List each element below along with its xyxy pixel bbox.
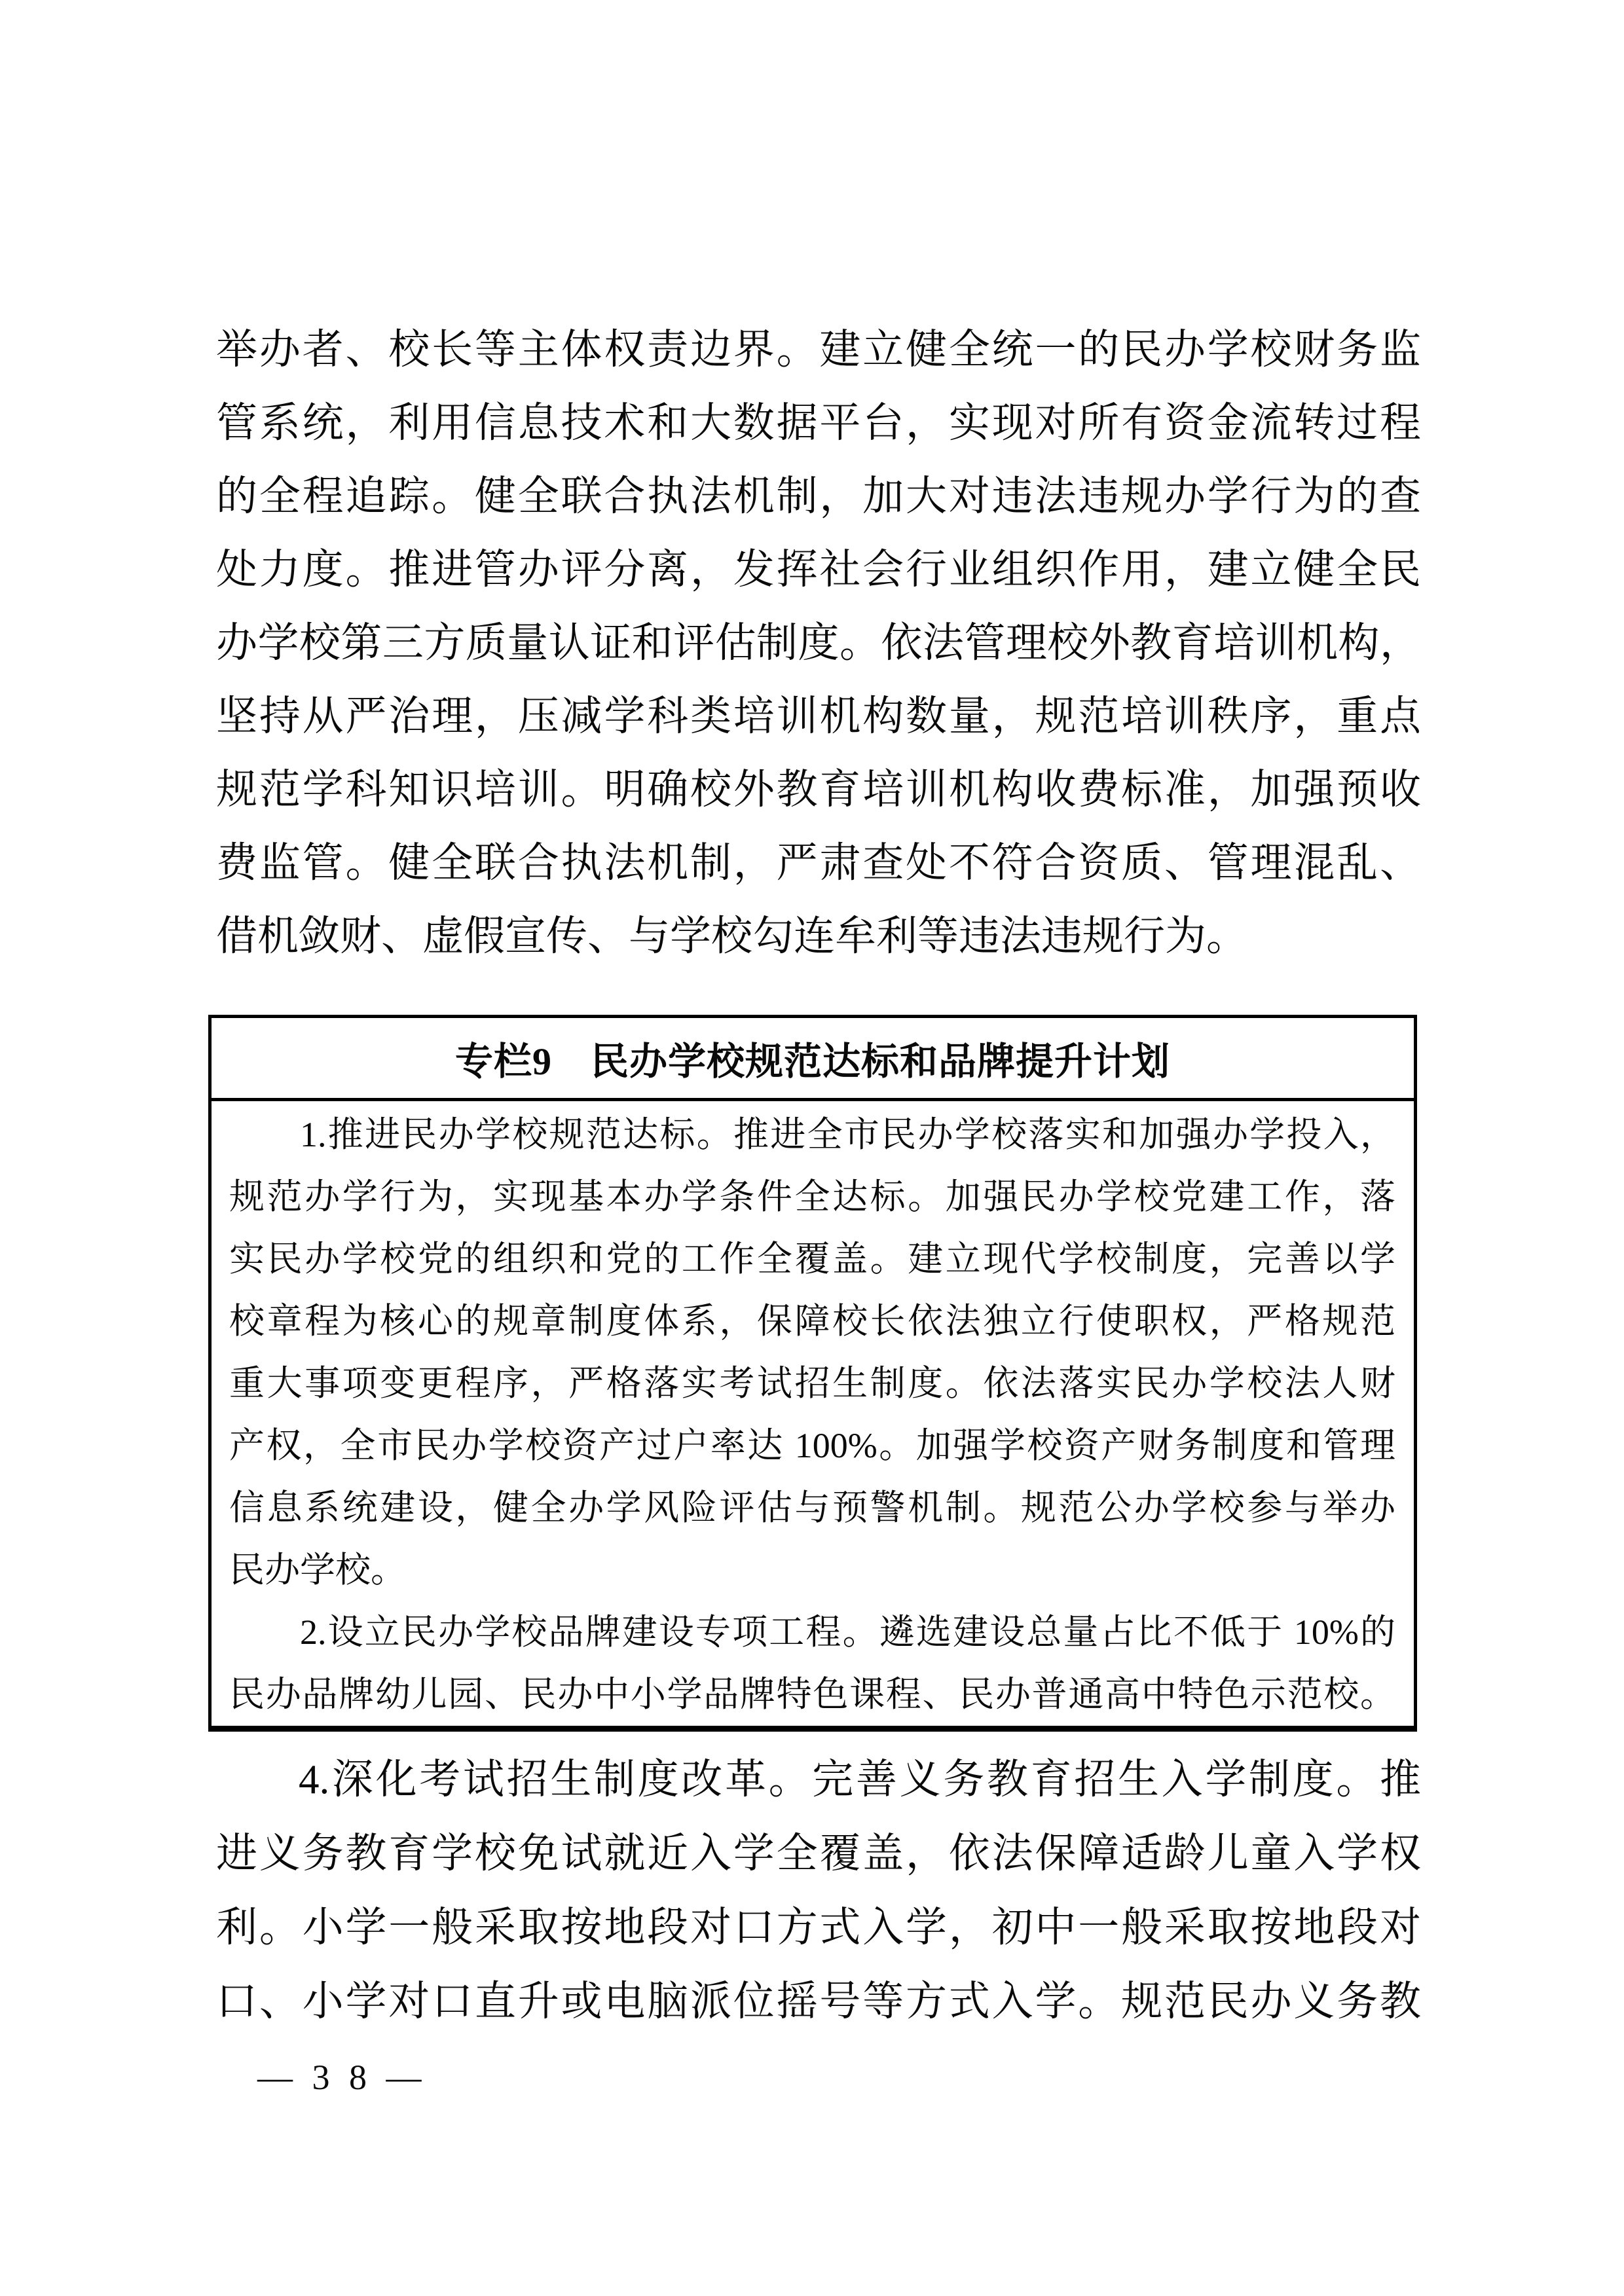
- document-page: { "page": { "number_label": "— 3 8 —" },…: [0, 0, 1624, 2296]
- text-line: 口、小学对口直升或电脑派位摇号等方式入学。规范民办义务教: [216, 1965, 1421, 2039]
- page-number: — 3 8 —: [257, 2057, 427, 2098]
- text-line: 重大事项变更程序，严格落实考试招生制度。依法落实民办学校法人财: [229, 1353, 1395, 1415]
- text-line: 信息系统建设，健全办学风险评估与预警机制。规范公办学校参与举办: [229, 1477, 1395, 1539]
- column-box-header: 专栏9 民办学校规范达标和品牌提升计划: [212, 1018, 1414, 1101]
- text-line: 费监管。健全联合执法机制，严肃查处不符合资质、管理混乱、: [216, 826, 1421, 900]
- text-line: 进义务教育学校免试就近入学全覆盖，依法保障适龄儿童入学权: [216, 1817, 1421, 1891]
- text-line: 产权，全市民办学校资产过户率达 100%。加强学校资产财务制度和管理: [229, 1415, 1395, 1477]
- text-line: 举办者、校长等主体权责边界。建立健全统一的民办学校财务监: [216, 313, 1421, 386]
- text-line: 民办品牌幼儿园、民办中小学品牌特色课程、民办普通高中特色示范校。: [229, 1664, 1395, 1726]
- text-line: 1.推进民办学校规范达标。推进全市民办学校落实和加强办学投入，: [229, 1104, 1395, 1166]
- text-line: 实民办学校党的组织和党的工作全覆盖。建立现代学校制度，完善以学: [229, 1228, 1395, 1290]
- text-line: 校章程为核心的规章制度体系，保障校长依法独立行使职权，严格规范: [229, 1290, 1395, 1353]
- page-background: 举办者、校长等主体权责边界。建立健全统一的民办学校财务监管系统，利用信息技术和大…: [0, 0, 1624, 2296]
- column-box-title: 专栏9 民办学校规范达标和品牌提升计划: [455, 1030, 1170, 1085]
- text-line: 规范办学行为，实现基本办学条件全达标。加强民办学校党建工作，落: [229, 1166, 1395, 1228]
- box-paragraph-2: 2.设立民办学校品牌建设专项工程。遴选建设总量占比不低于 10%的民办品牌幼儿园…: [229, 1601, 1395, 1726]
- text-line: 规范学科知识培训。明确校外教育培训机构收费标准，加强预收: [216, 753, 1421, 826]
- body-paragraph-bottom: 4.深化考试招生制度改革。完善义务教育招生入学制度。推进义务教育学校免试就近入学…: [216, 1743, 1421, 2039]
- text-line: 管系统，利用信息技术和大数据平台，实现对所有资金流转过程: [216, 386, 1421, 460]
- column-box-body: 1.推进民办学校规范达标。推进全市民办学校落实和加强办学投入，规范办学行为，实现…: [212, 1101, 1414, 1726]
- column-box: 专栏9 民办学校规范达标和品牌提升计划 1.推进民办学校规范达标。推进全市民办学…: [208, 1015, 1417, 1732]
- text-line: 办学校第三方质量认证和评估制度。依法管理校外教育培训机构，: [216, 606, 1421, 680]
- body-paragraph-top: 举办者、校长等主体权责边界。建立健全统一的民办学校财务监管系统，利用信息技术和大…: [216, 313, 1421, 973]
- text-line: 民办学校。: [229, 1539, 1395, 1601]
- text-line: 2.设立民办学校品牌建设专项工程。遴选建设总量占比不低于 10%的: [229, 1601, 1395, 1664]
- text-line: 处力度。推进管办评分离，发挥社会行业组织作用，建立健全民: [216, 533, 1421, 606]
- box-paragraph-1: 1.推进民办学校规范达标。推进全市民办学校落实和加强办学投入，规范办学行为，实现…: [229, 1104, 1395, 1601]
- text-line: 利。小学一般采取按地段对口方式入学，初中一般采取按地段对: [216, 1891, 1421, 1965]
- text-line: 4.深化考试招生制度改革。完善义务教育招生入学制度。推: [216, 1743, 1421, 1817]
- text-line: 借机敛财、虚假宣传、与学校勾连牟利等违法违规行为。: [216, 900, 1421, 973]
- text-line: 的全程追踪。健全联合执法机制，加大对违法违规办学行为的查: [216, 460, 1421, 533]
- text-line: 坚持从严治理，压减学科类培训机构数量，规范培训秩序，重点: [216, 680, 1421, 753]
